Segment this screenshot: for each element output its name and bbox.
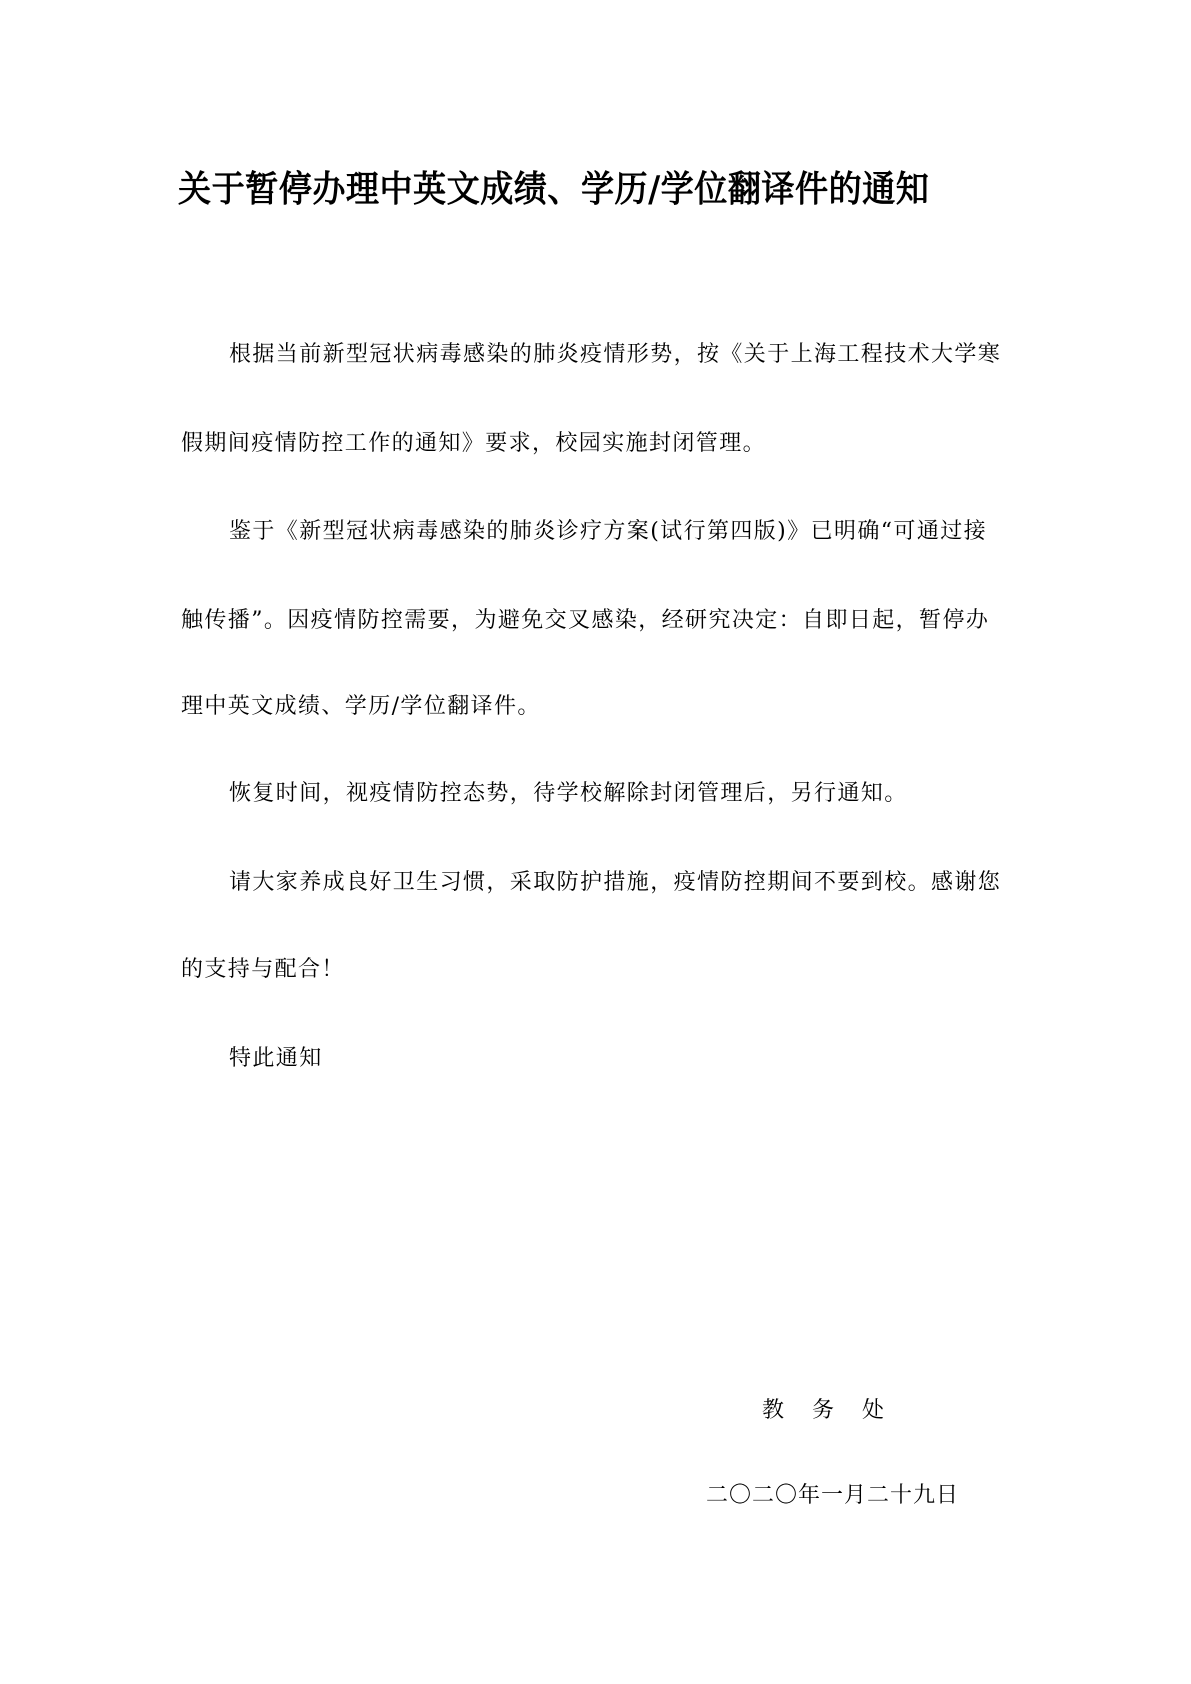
paragraph-2-line-2: 触传播”。因疫情防控需要，为避免交叉感染，经研究决定：自即日起，暂停办 [181, 606, 1015, 636]
paragraph-3-line-1: 恢复时间，视疫情防控态势，待学校解除封闭管理后，另行通知。 [229, 779, 1063, 809]
paragraph-4-line-2: 的支持与配合！ [181, 955, 1015, 985]
signature-date: 二〇二〇年一月二十九日 [706, 1481, 959, 1511]
paragraph-2-line-3: 理中英文成绩、学历/学位翻译件。 [181, 692, 1015, 722]
notice-title: 关于暂停办理中英文成绩、学历/学位翻译件的通知 [178, 168, 951, 212]
document-page: 关于暂停办理中英文成绩、学历/学位翻译件的通知 根据当前新型冠状病毒感染的肺炎疫… [0, 0, 1191, 1684]
signature-department: 教 务 处 [762, 1396, 884, 1426]
paragraph-1-line-1: 根据当前新型冠状病毒感染的肺炎疫情形势，按《关于上海工程技术大学寒 [229, 340, 1063, 370]
closing-line: 特此通知 [229, 1044, 1063, 1074]
paragraph-1-line-2: 假期间疫情防控工作的通知》要求，校园实施封闭管理。 [181, 429, 1015, 459]
paragraph-2-line-1: 鉴于《新型冠状病毒感染的肺炎诊疗方案(试行第四版)》已明确“可通过接 [229, 517, 1063, 547]
paragraph-4-line-1: 请大家养成良好卫生习惯，采取防护措施，疫情防控期间不要到校。感谢您 [229, 868, 1063, 898]
